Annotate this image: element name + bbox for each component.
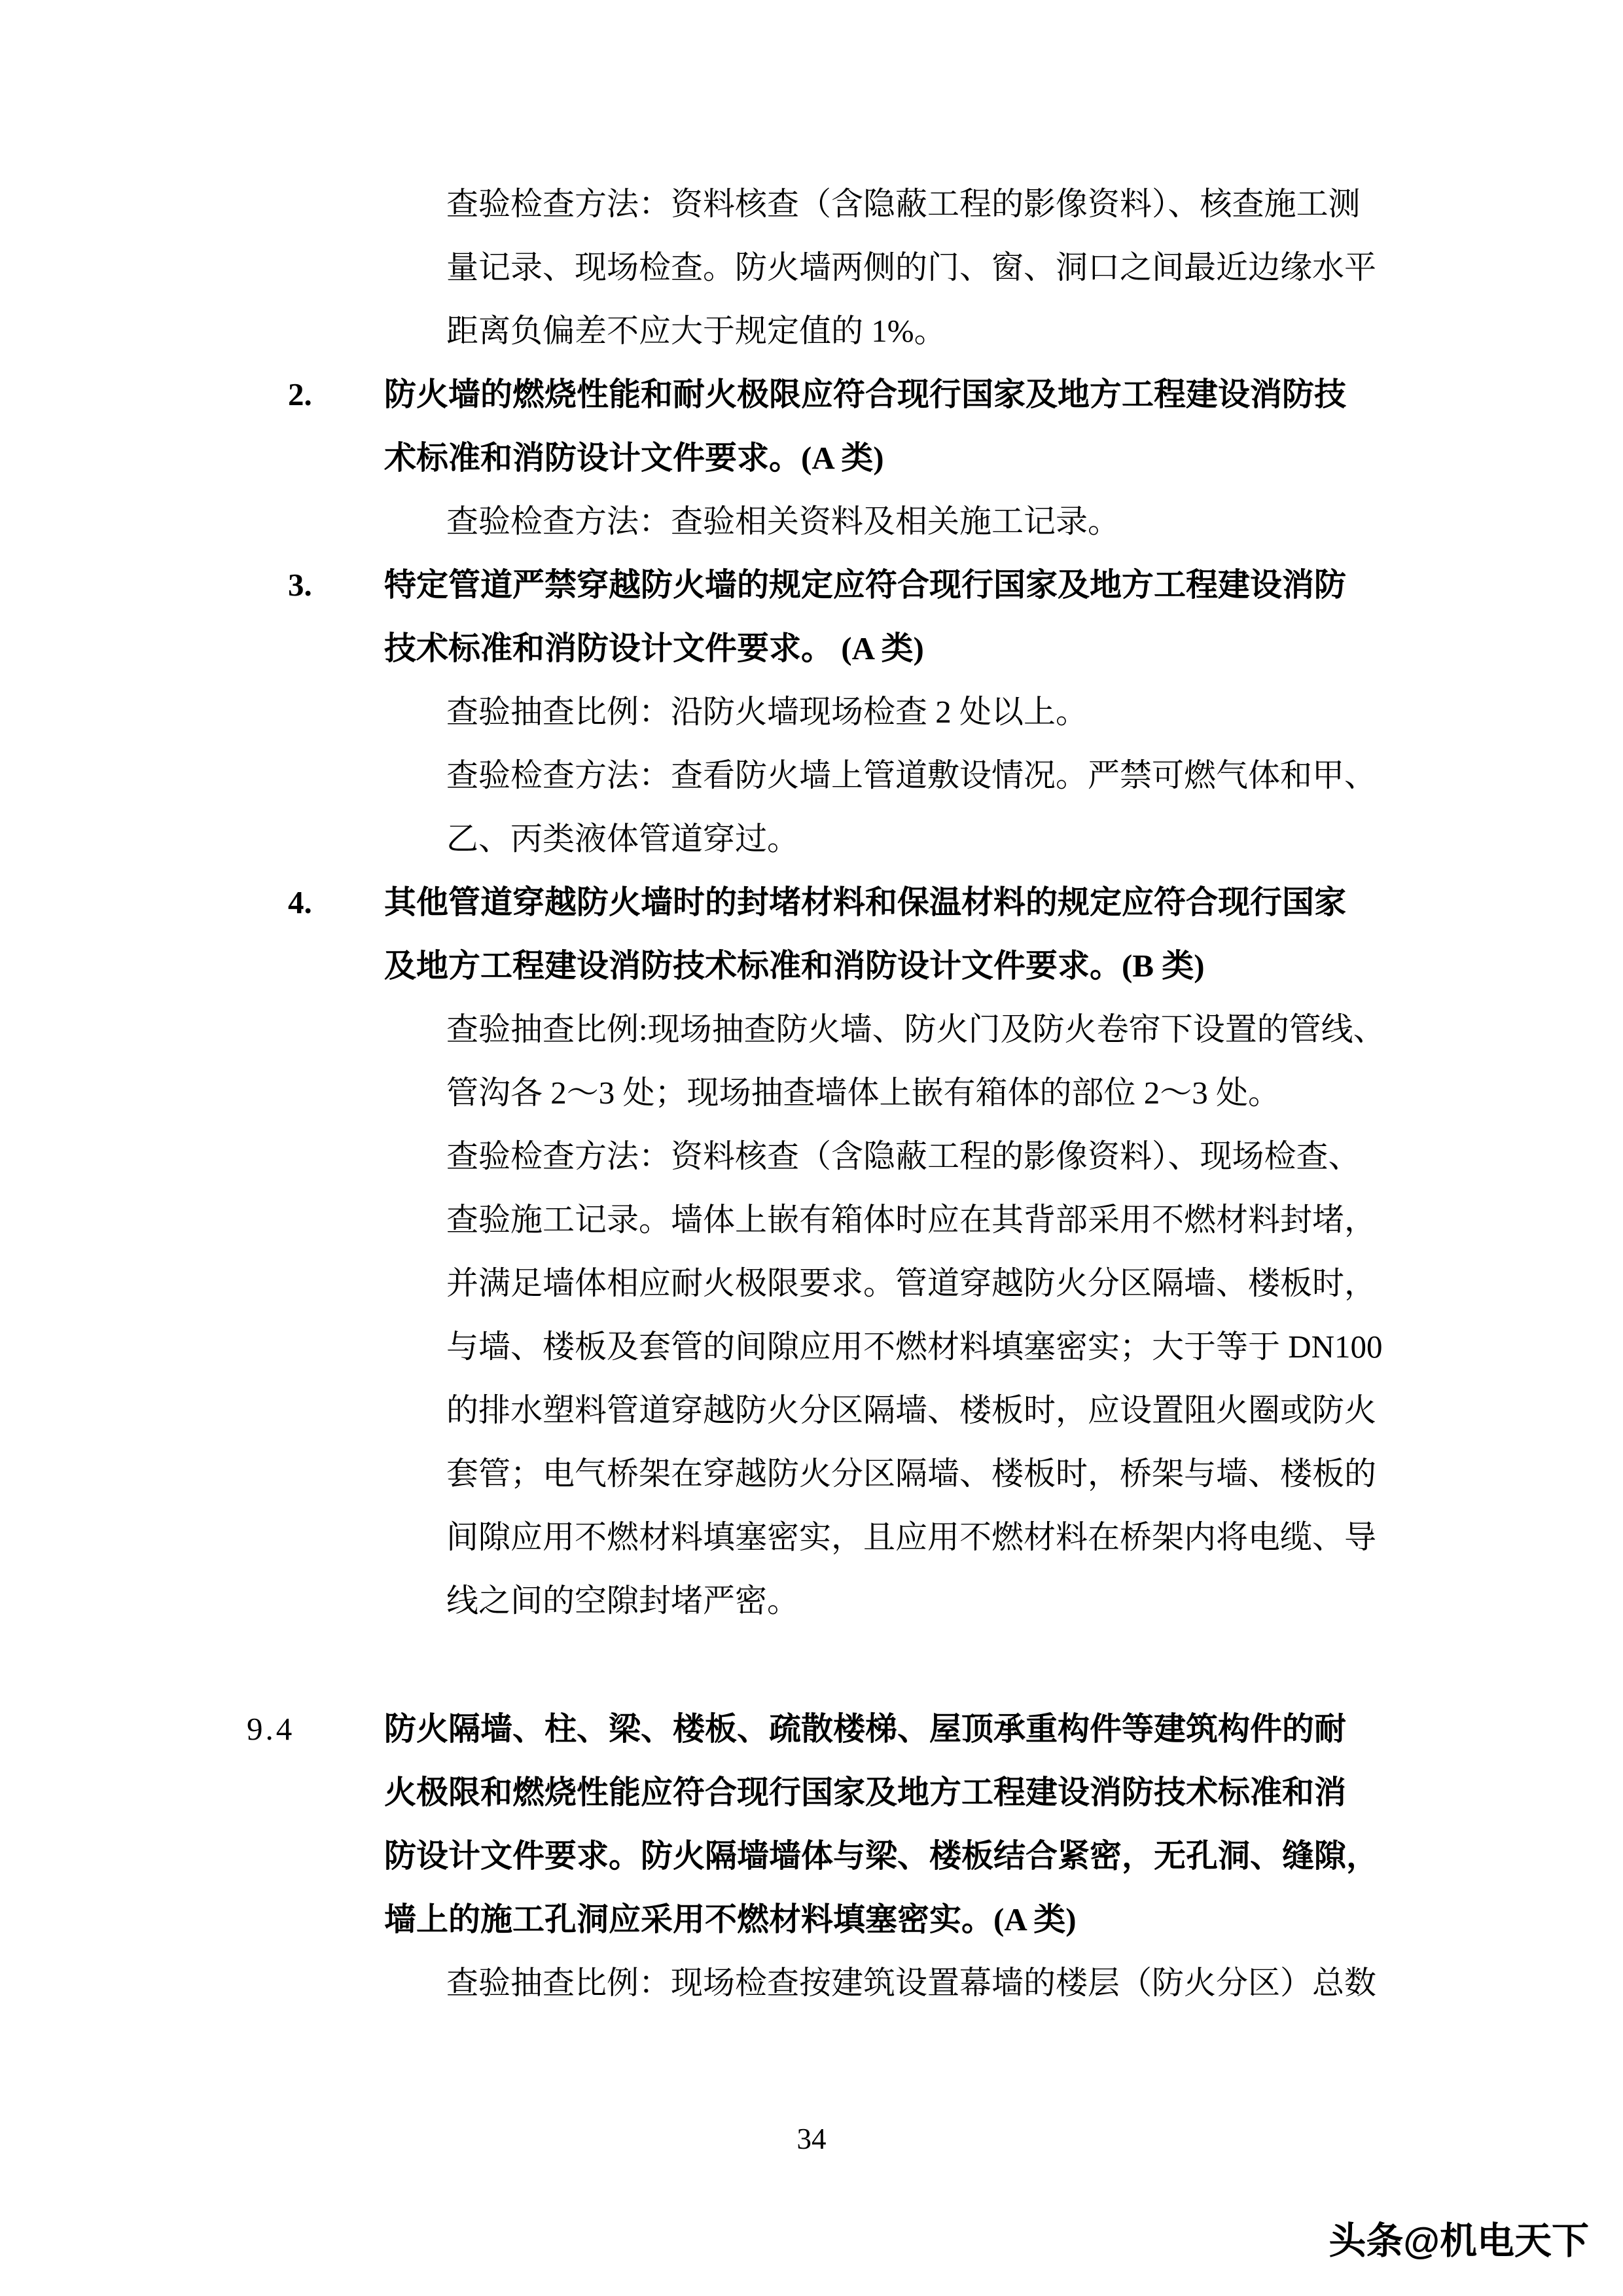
text-line: 距离负偏差不应大于规定值的 1%。 (0, 299, 1623, 363)
line-text: 线之间的空隙封堵严密。 (446, 1583, 799, 1619)
item-number: 2. (288, 363, 312, 426)
text-line: 套管；电气桥架在穿越防火分区隔墙、楼板时，桥架与墙、楼板的 (0, 1442, 1623, 1505)
text-line: 术标准和消防设计文件要求。(A 类) (0, 426, 1623, 490)
document-content: 查验检查方法：资料核查（含隐蔽工程的影像资料）、核查施工测量记录、现场检查。防火… (0, 172, 1623, 2015)
line-text: 距离负偏差不应大于规定值的 1%。 (446, 313, 946, 349)
text-line: 技术标准和消防设计文件要求。 (A 类) (0, 617, 1623, 680)
line-text: 火极限和燃烧性能应符合现行国家及地方工程建设消防技术标准和消 (384, 1774, 1346, 1810)
line-text: 及地方工程建设消防技术标准和消防设计文件要求。(B 类) (384, 948, 1205, 984)
paragraph-spacer (0, 1632, 1623, 1697)
item-number: 9.4 (247, 1697, 294, 1761)
item-number: 3. (288, 553, 312, 617)
heading-line: 4.其他管道穿越防火墙时的封堵材料和保温材料的规定应符合现行国家 (0, 870, 1623, 934)
text-line: 查验抽查比例：沿防火墙现场检查 2 处以上。 (0, 680, 1623, 744)
text-line: 查验检查方法：查验相关资料及相关施工记录。 (0, 490, 1623, 553)
line-text: 防设计文件要求。防火隔墙墙体与梁、楼板结合紧密，无孔洞、缝隙， (384, 1838, 1378, 1874)
line-text: 术标准和消防设计文件要求。(A 类) (384, 440, 884, 476)
text-line: 管沟各 2～3 处；现场抽查墙体上嵌有箱体的部位 2～3 处。 (0, 1061, 1623, 1124)
text-line: 查验抽查比例:现场抽查防火墙、防火门及防火卷帘下设置的管线、 (0, 997, 1623, 1061)
line-text: 其他管道穿越防火墙时的封堵材料和保温材料的规定应符合现行国家 (384, 884, 1346, 920)
line-text: 乙、丙类液体管道穿过。 (446, 821, 799, 857)
line-text: 间隙应用不燃材料填塞密实，且应用不燃材料在桥架内将电缆、导 (446, 1519, 1376, 1555)
line-text: 查验施工记录。墙体上嵌有箱体时应在其背部采用不燃材料封堵， (446, 1202, 1376, 1238)
text-line: 与墙、楼板及套管的间隙应用不燃材料填塞密实；大于等于 DN100 (0, 1315, 1623, 1378)
line-text: 查验抽查比例：沿防火墙现场检查 2 处以上。 (446, 694, 1088, 730)
text-line: 查验抽查比例：现场检查按建筑设置幕墙的楼层（防火分区）总数 (0, 1951, 1623, 2015)
line-text: 技术标准和消防设计文件要求。 (A 类) (384, 630, 924, 666)
watermark: 头条@机电天下 (1329, 2216, 1589, 2266)
line-text: 的排水塑料管道穿越防火分区隔墙、楼板时，应设置阻火圈或防火 (446, 1392, 1376, 1428)
line-text: 查验抽查比例:现场抽查防火墙、防火门及防火卷帘下设置的管线、 (446, 1011, 1385, 1047)
text-line: 查验检查方法：资料核查（含隐蔽工程的影像资料）、现场检查、 (0, 1124, 1623, 1188)
line-text: 查验检查方法：资料核查（含隐蔽工程的影像资料）、现场检查、 (446, 1138, 1361, 1174)
line-text: 查验检查方法：查验相关资料及相关施工记录。 (446, 503, 1120, 539)
line-text: 套管；电气桥架在穿越防火分区隔墙、楼板时，桥架与墙、楼板的 (446, 1456, 1376, 1492)
line-text: 并满足墙体相应耐火极限要求。管道穿越防火分区隔墙、楼板时， (446, 1265, 1376, 1301)
text-line: 量记录、现场检查。防火墙两侧的门、窗、洞口之间最近边缘水平 (0, 236, 1623, 299)
page-number: 34 (0, 2119, 1623, 2159)
line-text: 查验检查方法：查看防火墙上管道敷设情况。严禁可燃气体和甲、 (446, 757, 1376, 793)
line-text: 管沟各 2～3 处；现场抽查墙体上嵌有箱体的部位 2～3 处。 (446, 1075, 1280, 1111)
line-text: 查验抽查比例：现场检查按建筑设置幕墙的楼层（防火分区）总数 (446, 1965, 1376, 2001)
text-line: 火极限和燃烧性能应符合现行国家及地方工程建设消防技术标准和消 (0, 1761, 1623, 1824)
text-line: 乙、丙类液体管道穿过。 (0, 807, 1623, 870)
text-line: 并满足墙体相应耐火极限要求。管道穿越防火分区隔墙、楼板时， (0, 1251, 1623, 1315)
document-page: 查验检查方法：资料核查（含隐蔽工程的影像资料）、核查施工测量记录、现场检查。防火… (0, 0, 1623, 2296)
line-text: 量记录、现场检查。防火墙两侧的门、窗、洞口之间最近边缘水平 (446, 249, 1376, 285)
line-text: 查验检查方法：资料核查（含隐蔽工程的影像资料）、核查施工测 (446, 186, 1361, 222)
text-line: 防设计文件要求。防火隔墙墙体与梁、楼板结合紧密，无孔洞、缝隙， (0, 1824, 1623, 1888)
heading-line: 2.防火墙的燃烧性能和耐火极限应符合现行国家及地方工程建设消防技 (0, 363, 1623, 426)
text-line: 及地方工程建设消防技术标准和消防设计文件要求。(B 类) (0, 934, 1623, 997)
heading-line: 3.特定管道严禁穿越防火墙的规定应符合现行国家及地方工程建设消防 (0, 553, 1623, 617)
line-text: 与墙、楼板及套管的间隙应用不燃材料填塞密实；大于等于 DN100 (446, 1329, 1383, 1365)
text-line: 查验检查方法：查看防火墙上管道敷设情况。严禁可燃气体和甲、 (0, 744, 1623, 807)
text-line: 墙上的施工孔洞应采用不燃材料填塞密实。(A 类) (0, 1888, 1623, 1951)
text-line: 查验施工记录。墙体上嵌有箱体时应在其背部采用不燃材料封堵， (0, 1188, 1623, 1251)
line-text: 墙上的施工孔洞应采用不燃材料填塞密实。(A 类) (384, 1901, 1077, 1937)
item-number: 4. (288, 870, 312, 934)
text-line: 的排水塑料管道穿越防火分区隔墙、楼板时，应设置阻火圈或防火 (0, 1378, 1623, 1442)
text-line: 查验检查方法：资料核查（含隐蔽工程的影像资料）、核查施工测 (0, 172, 1623, 236)
line-text: 特定管道严禁穿越防火墙的规定应符合现行国家及地方工程建设消防 (384, 567, 1346, 603)
heading-line: 9.4防火隔墙、柱、梁、楼板、疏散楼梯、屋顶承重构件等建筑构件的耐 (0, 1697, 1623, 1761)
text-line: 线之间的空隙封堵严密。 (0, 1569, 1623, 1632)
text-line: 间隙应用不燃材料填塞密实，且应用不燃材料在桥架内将电缆、导 (0, 1505, 1623, 1569)
line-text: 防火墙的燃烧性能和耐火极限应符合现行国家及地方工程建设消防技 (384, 376, 1346, 412)
line-text: 防火隔墙、柱、梁、楼板、疏散楼梯、屋顶承重构件等建筑构件的耐 (384, 1711, 1346, 1747)
